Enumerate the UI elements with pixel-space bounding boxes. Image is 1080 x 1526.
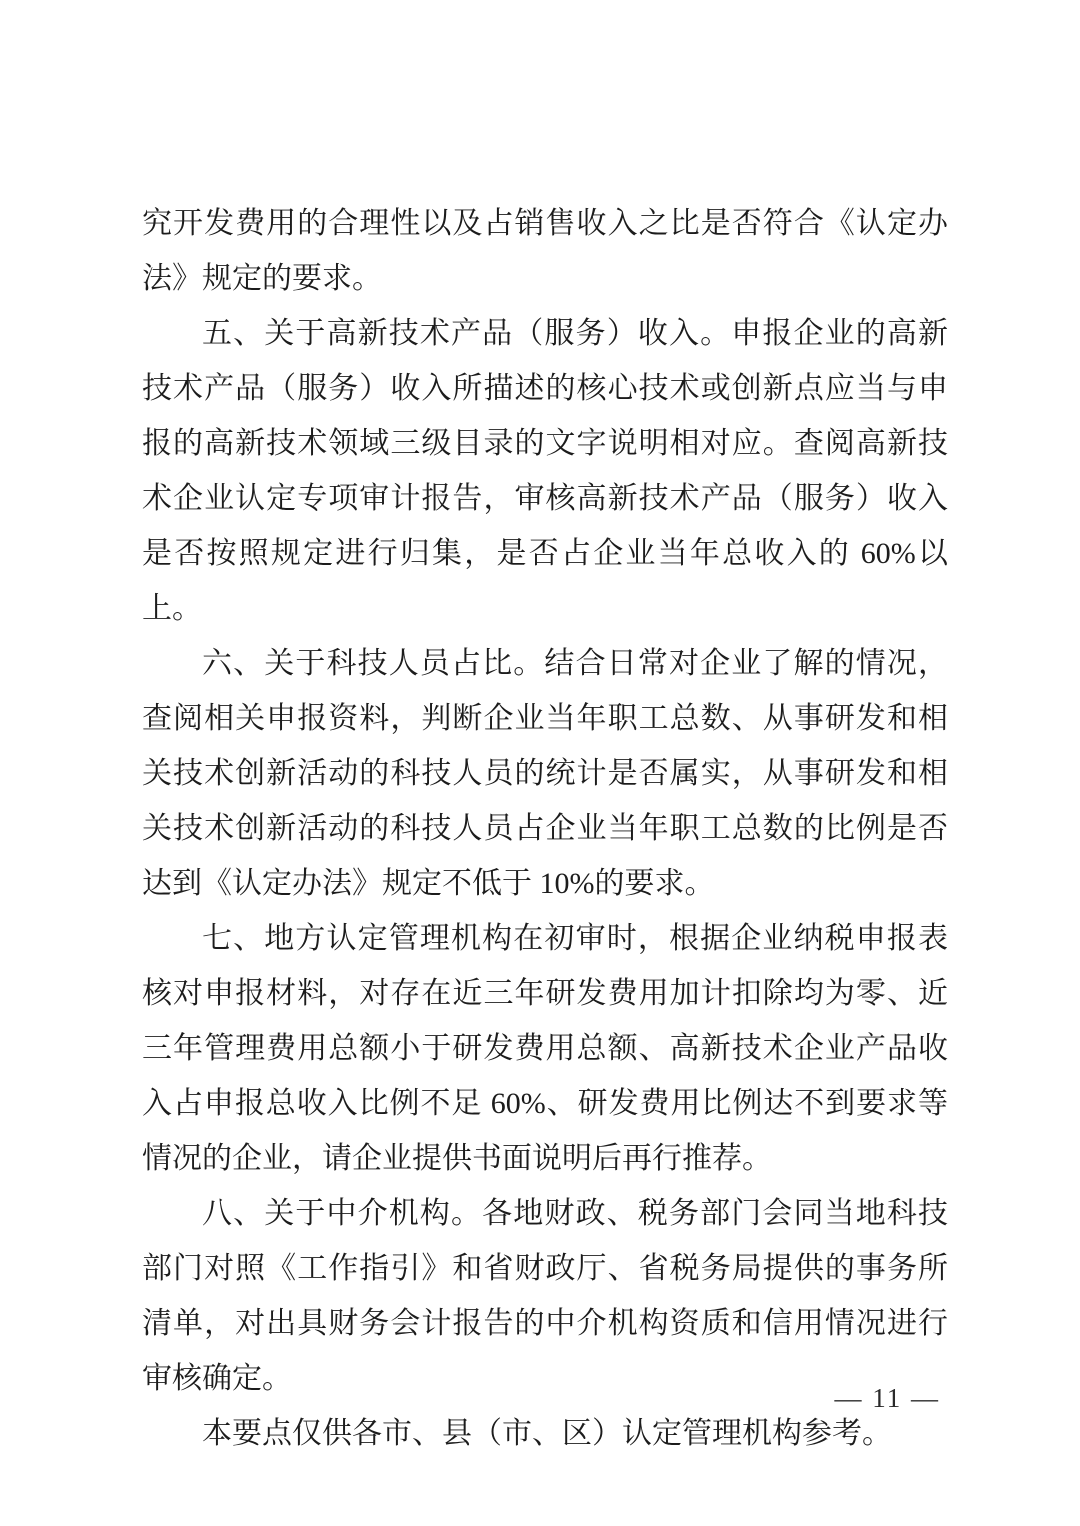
paragraph-item-6: 六、关于科技人员占比。结合日常对企业了解的情况，查阅相关申报资料，判断企业当年职… (142, 636, 948, 911)
paragraph-continuation: 究开发费用的合理性以及占销售收入之比是否符合《认定办法》规定的要求。 (142, 196, 948, 306)
paragraph-item-5: 五、关于高新技术产品（服务）收入。申报企业的高新技术产品（服务）收入所描述的核心… (142, 306, 948, 636)
document-body: 究开发费用的合理性以及占销售收入之比是否符合《认定办法》规定的要求。 五、关于高… (142, 196, 948, 1461)
paragraph-item-8: 八、关于中介机构。各地财政、税务部门会同当地科技部门对照《工作指引》和省财政厅、… (142, 1186, 948, 1406)
paragraph-item-7: 七、地方认定管理机构在初审时，根据企业纳税申报表核对申报材料，对存在近三年研发费… (142, 911, 948, 1186)
paragraph-closing-note: 本要点仅供各市、县（市、区）认定管理机构参考。 (142, 1406, 948, 1461)
document-page: 究开发费用的合理性以及占销售收入之比是否符合《认定办法》规定的要求。 五、关于高… (0, 0, 1080, 1526)
page-number: — 11 — (835, 1378, 941, 1418)
